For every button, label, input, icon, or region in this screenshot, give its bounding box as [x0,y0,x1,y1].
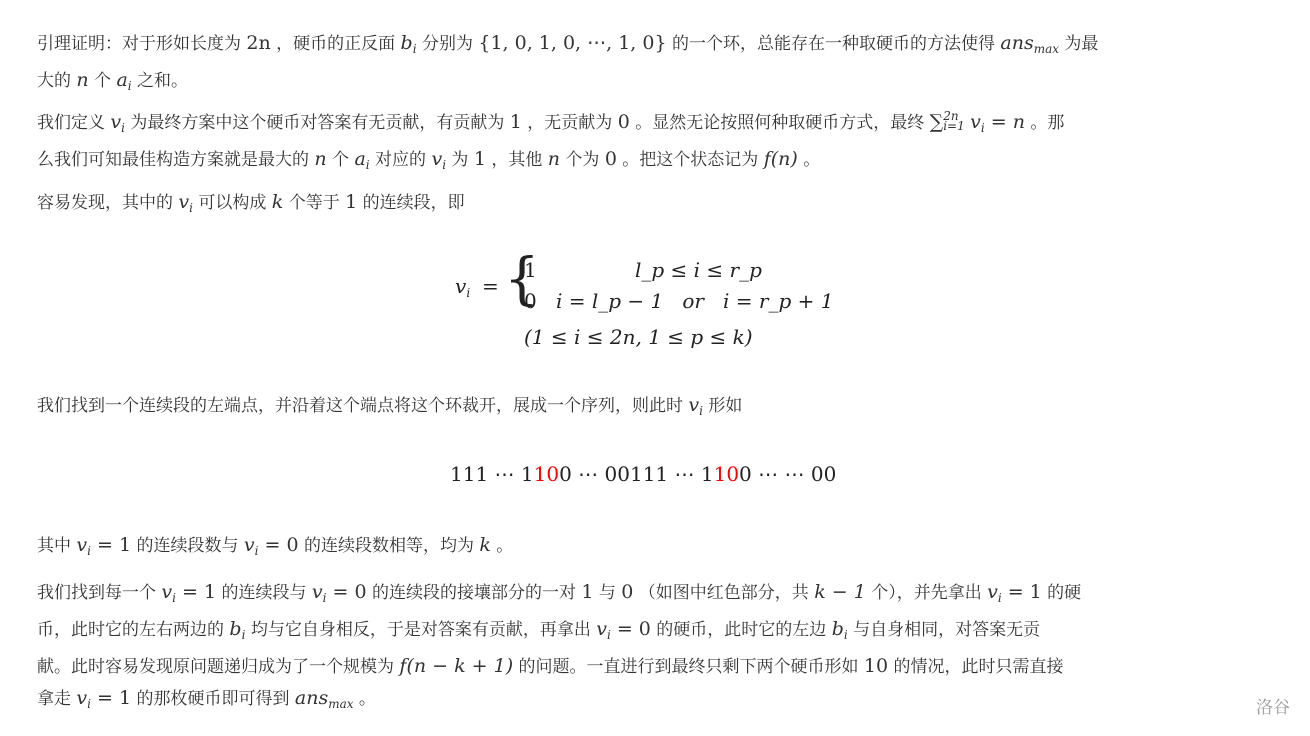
math: n [76,69,88,91]
math: a [116,69,127,91]
case2-value: 0 [524,289,537,313]
text: 。 [798,150,820,170]
math: 1 [345,191,357,213]
math: v [431,148,442,170]
paragraph-lemma: 引理证明：对于形如长度为 2n ，硬币的正反面 bi 分别为 {1, 0, 1,… [37,28,1247,102]
text: 的连续段，即 [357,193,464,213]
text: 个），并先拿出 [866,583,987,603]
text: 的问题。一直进行到最终只剩下两个硬币形如 [513,657,864,677]
text: 引理证明：对于形如长度为 [37,34,246,54]
case1-value: 1 [524,258,537,282]
math: n [548,148,560,170]
seq-part: 0 ⋯ 00111 ⋯ 1 [559,462,714,486]
text: 个为 [560,150,605,170]
math-sub: i [466,286,470,300]
formula-lhs: vi [455,274,470,300]
text: 的连续段数相等，均为 [299,536,480,556]
paragraph-recursion: 我们找到每一个 vi = 1 的连续段与 vi = 0 的连续段的接壤部分的一对… [37,577,1247,720]
sum-lower: i=1 [943,121,965,131]
text: 的连续段的接壤部分的一对 [367,583,582,603]
text: 容易发现，其中的 [37,193,178,213]
text: 献。此时容易发现原问题递归成为了一个规模为 [37,657,399,677]
math: b [229,618,241,640]
text: 为 [446,150,474,170]
text: 可以构成 [193,193,272,213]
text: 。那 [1025,113,1064,133]
math: k [272,191,284,213]
text: 么我们可知最佳构造方案就是最大的 [37,150,314,170]
text: 的情况，此时只需直接 [888,657,1063,677]
math: ans [1000,32,1033,54]
math: ans [295,687,328,709]
case2-condition: i = l_p − 1 or i = r_p + 1 [556,289,833,313]
text: 均与它自身相反，于是对答案有贡献，再拿出 [245,620,596,640]
math: 1 [510,111,522,133]
math: 2n [246,32,270,54]
sum-limits: 2ni=1 [943,111,965,131]
text: 。把这个状态记为 [617,150,764,170]
paragraph-cut-ring: 我们找到一个连续段的左端点，并沿着这个端点将这个环裁开，展成一个序列，则此时 v… [37,390,1247,427]
math: v [987,581,998,603]
math: v [455,274,466,298]
math: v [178,191,189,213]
text: 的连续段数与 [131,536,244,556]
seq-part: 0 ⋯ ⋯ 00 [739,462,836,486]
math: k − 1 [814,581,866,603]
text: 其中 [37,536,76,556]
math: k [479,534,491,556]
text: 拿走 [37,689,76,709]
text: 的连续段与 [216,583,312,603]
math: = 1 [176,581,216,603]
text: 的一个环，总能存在一种取硬币的方法使得 [667,34,1001,54]
text: ，无贡献为 [522,113,618,133]
text: 个等于 [283,193,345,213]
seq-highlight: 10 [714,462,739,486]
text: 的硬 [1042,583,1081,603]
text: ，其他 [486,150,548,170]
text: 对应的 [370,150,432,170]
math: = 1 [91,687,131,709]
math: v [110,111,121,133]
text: 与自身相同，对答案无贡 [848,620,1040,640]
text: 的那枚硬币即可得到 [131,689,295,709]
math: 1 [474,148,486,170]
math: v [596,618,607,640]
text: 大的 [37,71,76,91]
text: 个 [327,150,355,170]
text: 个 [89,71,117,91]
formula-equals: = [482,274,499,298]
text: 。 [354,689,376,709]
binary-sequence: 111 ⋯ 1100 ⋯ 00111 ⋯ 1100 ⋯ ⋯ 00 [450,462,836,486]
math: = 0 [611,618,651,640]
math: n [314,148,326,170]
math: = 0 [258,534,298,556]
text: 之和。 [132,71,188,91]
text: （如图中红色部分，共 [633,583,814,603]
text: 币，此时它的左右两边的 [37,620,229,640]
text: 为最终方案中这个硬币对答案有无贡献，有贡献为 [125,113,510,133]
case1-condition: l_p ≤ i ≤ r_p [635,258,762,282]
math: 0 [605,148,617,170]
math: {1, 0, 1, 0, ⋯, 1, 0} [478,32,666,54]
text: 我们找到一个连续段的左端点，并沿着这个端点将这个环裁开，展成一个序列，则此时 [37,396,688,416]
math: v [76,687,87,709]
math: v [688,394,699,416]
math: v [76,534,87,556]
math: v [312,581,323,603]
text: 与 [593,583,621,603]
math: b [832,618,844,640]
text: 形如 [703,396,742,416]
text: 。 [491,536,513,556]
math: a [354,148,365,170]
text: 的硬币，此时它的左边 [651,620,832,640]
math: = n [985,111,1025,133]
math: 0 [621,581,633,603]
math: v [970,111,981,133]
text: 我们定义 [37,113,110,133]
sum-symbol: ∑ [930,111,944,133]
math: v [161,581,172,603]
paragraph-definition: 我们定义 vi 为最终方案中这个硬币对答案有无贡献，有贡献为 1 ，无贡献为 0… [37,107,1247,181]
text: 。显然无论按照何种取硬币方式，最终 [630,113,930,133]
paragraph-equal-count: 其中 vi = 1 的连续段数与 vi = 0 的连续段数相等，均为 k 。 [37,530,1247,567]
math: b [401,32,413,54]
formula-constraint: (1 ≤ i ≤ 2n, 1 ≤ p ≤ k) [524,325,753,349]
math: = 1 [91,534,131,556]
text: ，硬币的正反面 [271,34,401,54]
seq-highlight: 10 [534,462,559,486]
text: 为最 [1059,34,1098,54]
math-sub: max [1034,42,1059,56]
math: v [244,534,255,556]
math: f(n − k + 1) [399,655,513,677]
paragraph-observation: 容易发现，其中的 vi 可以构成 k 个等于 1 的连续段，即 [37,187,1247,224]
math: 1 [581,581,593,603]
math: 0 [618,111,630,133]
text: 分别为 [417,34,479,54]
math: = 1 [1002,581,1042,603]
math: = 0 [326,581,366,603]
text: 我们找到每一个 [37,583,161,603]
seq-part: 111 ⋯ 1 [450,462,534,486]
luogu-watermark: 洛谷 [1256,693,1290,718]
math: 10 [864,655,888,677]
math: f(n) [764,148,798,170]
math-sub: max [328,697,353,711]
